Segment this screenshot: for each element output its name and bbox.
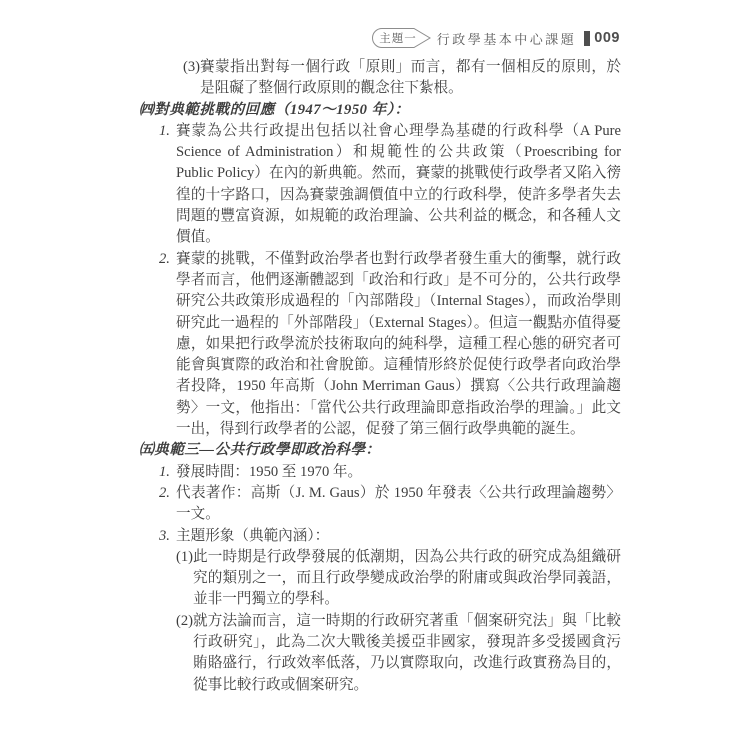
paragraph-text: 此一時期是行政學發展的低潮期，因為公共行政的研究成為組織研究的類別之一，而且行政… [193, 549, 621, 608]
numbered-item-1b: 1. 發展時間：1950 至 1970 年。 [139, 462, 621, 483]
page-number: 009 [594, 30, 620, 46]
list-marker: 2. [159, 249, 170, 270]
section-heading-text: 對典範挑戰的回應（1947～1950 年）： [154, 102, 409, 118]
list-marker: 1. [159, 121, 170, 142]
section-heading-5: ㈤典範三—公共行政學即政治科學： [139, 440, 621, 461]
page-content: (3) 賽蒙指出對每一個行政「原則」而言，都有一個相反的原則，於是阻礙了整個行政… [139, 57, 621, 696]
paragraph-text: 主題形象（典範內涵）： [176, 528, 329, 544]
topic-badge-outline-icon: 主題一 [368, 27, 432, 49]
list-marker: (1) [176, 547, 193, 568]
paragraph-text: 代表著作：高斯（J. M. Gaus）於 1950 年發表〈公共行政理論趨勢〉一… [176, 485, 621, 522]
section-heading-4: ㈣對典範挑戰的回應（1947～1950 年）： [139, 100, 621, 121]
sub-point-2: (2) 就方法論而言，這一時期的行政研究著重「個案研究法」與「比較行政研究」，此… [139, 611, 621, 696]
running-head-title: 行政學基本中心課題 [437, 29, 577, 48]
numbered-item-3b: 3. 主題形象（典範內涵）： [139, 526, 621, 547]
list-marker: (2) [176, 611, 193, 632]
paragraph-text: 賽蒙指出對每一個行政「原則」而言，都有一個相反的原則，於是阻礙了整個行政原則的觀… [200, 59, 621, 96]
numbered-item-2b: 2. 代表著作：高斯（J. M. Gaus）於 1950 年發表〈公共行政理論趨… [139, 483, 621, 526]
list-marker: 1. [159, 462, 170, 483]
sub-point-1: (1) 此一時期是行政學發展的低潮期，因為公共行政的研究成為組織研究的類別之一，… [139, 547, 621, 611]
paragraph-text: 就方法論而言，這一時期的行政研究著重「個案研究法」與「比較行政研究」，此為二次大… [193, 613, 621, 693]
paragraph-text: 發展時間：1950 至 1970 年。 [176, 464, 362, 480]
list-marker: 2. [159, 483, 170, 504]
numbered-item-2: 2. 賽蒙的挑戰，不僅對政治學者也對行政學者發生重大的衝擊，就行政學者而言，他們… [139, 249, 621, 441]
topic-badge-label: 主題一 [379, 32, 417, 45]
section-marker: ㈣ [139, 102, 154, 118]
numbered-item-1: 1. 賽蒙為公共行政提出包括以社會心理學為基礎的行政科學（A Pure Scie… [139, 121, 621, 249]
paragraph-text: 賽蒙為公共行政提出包括以社會心理學為基礎的行政科學（A Pure Science… [176, 123, 621, 245]
paragraph-text: 賽蒙的挑戰，不僅對政治學者也對行政學者發生重大的衝擊，就行政學者而言，他們逐漸體… [176, 251, 621, 437]
section-heading-text: 典範三—公共行政學即政治科學： [154, 442, 380, 458]
list-marker: (3) [183, 57, 200, 78]
topic-badge: 主題一 [368, 27, 432, 49]
list-marker: 3. [159, 526, 170, 547]
page-header: 主題一 行政學基本中心課題 009 [0, 27, 620, 49]
paragraph-point-3: (3) 賽蒙指出對每一個行政「原則」而言，都有一個相反的原則，於是阻礙了整個行政… [139, 57, 621, 100]
book-page: 主題一 行政學基本中心課題 009 (3) 賽蒙指出對每一個行政「原則」而言，都… [0, 0, 750, 750]
page-number-bar [584, 31, 590, 46]
section-marker: ㈤ [139, 442, 154, 458]
